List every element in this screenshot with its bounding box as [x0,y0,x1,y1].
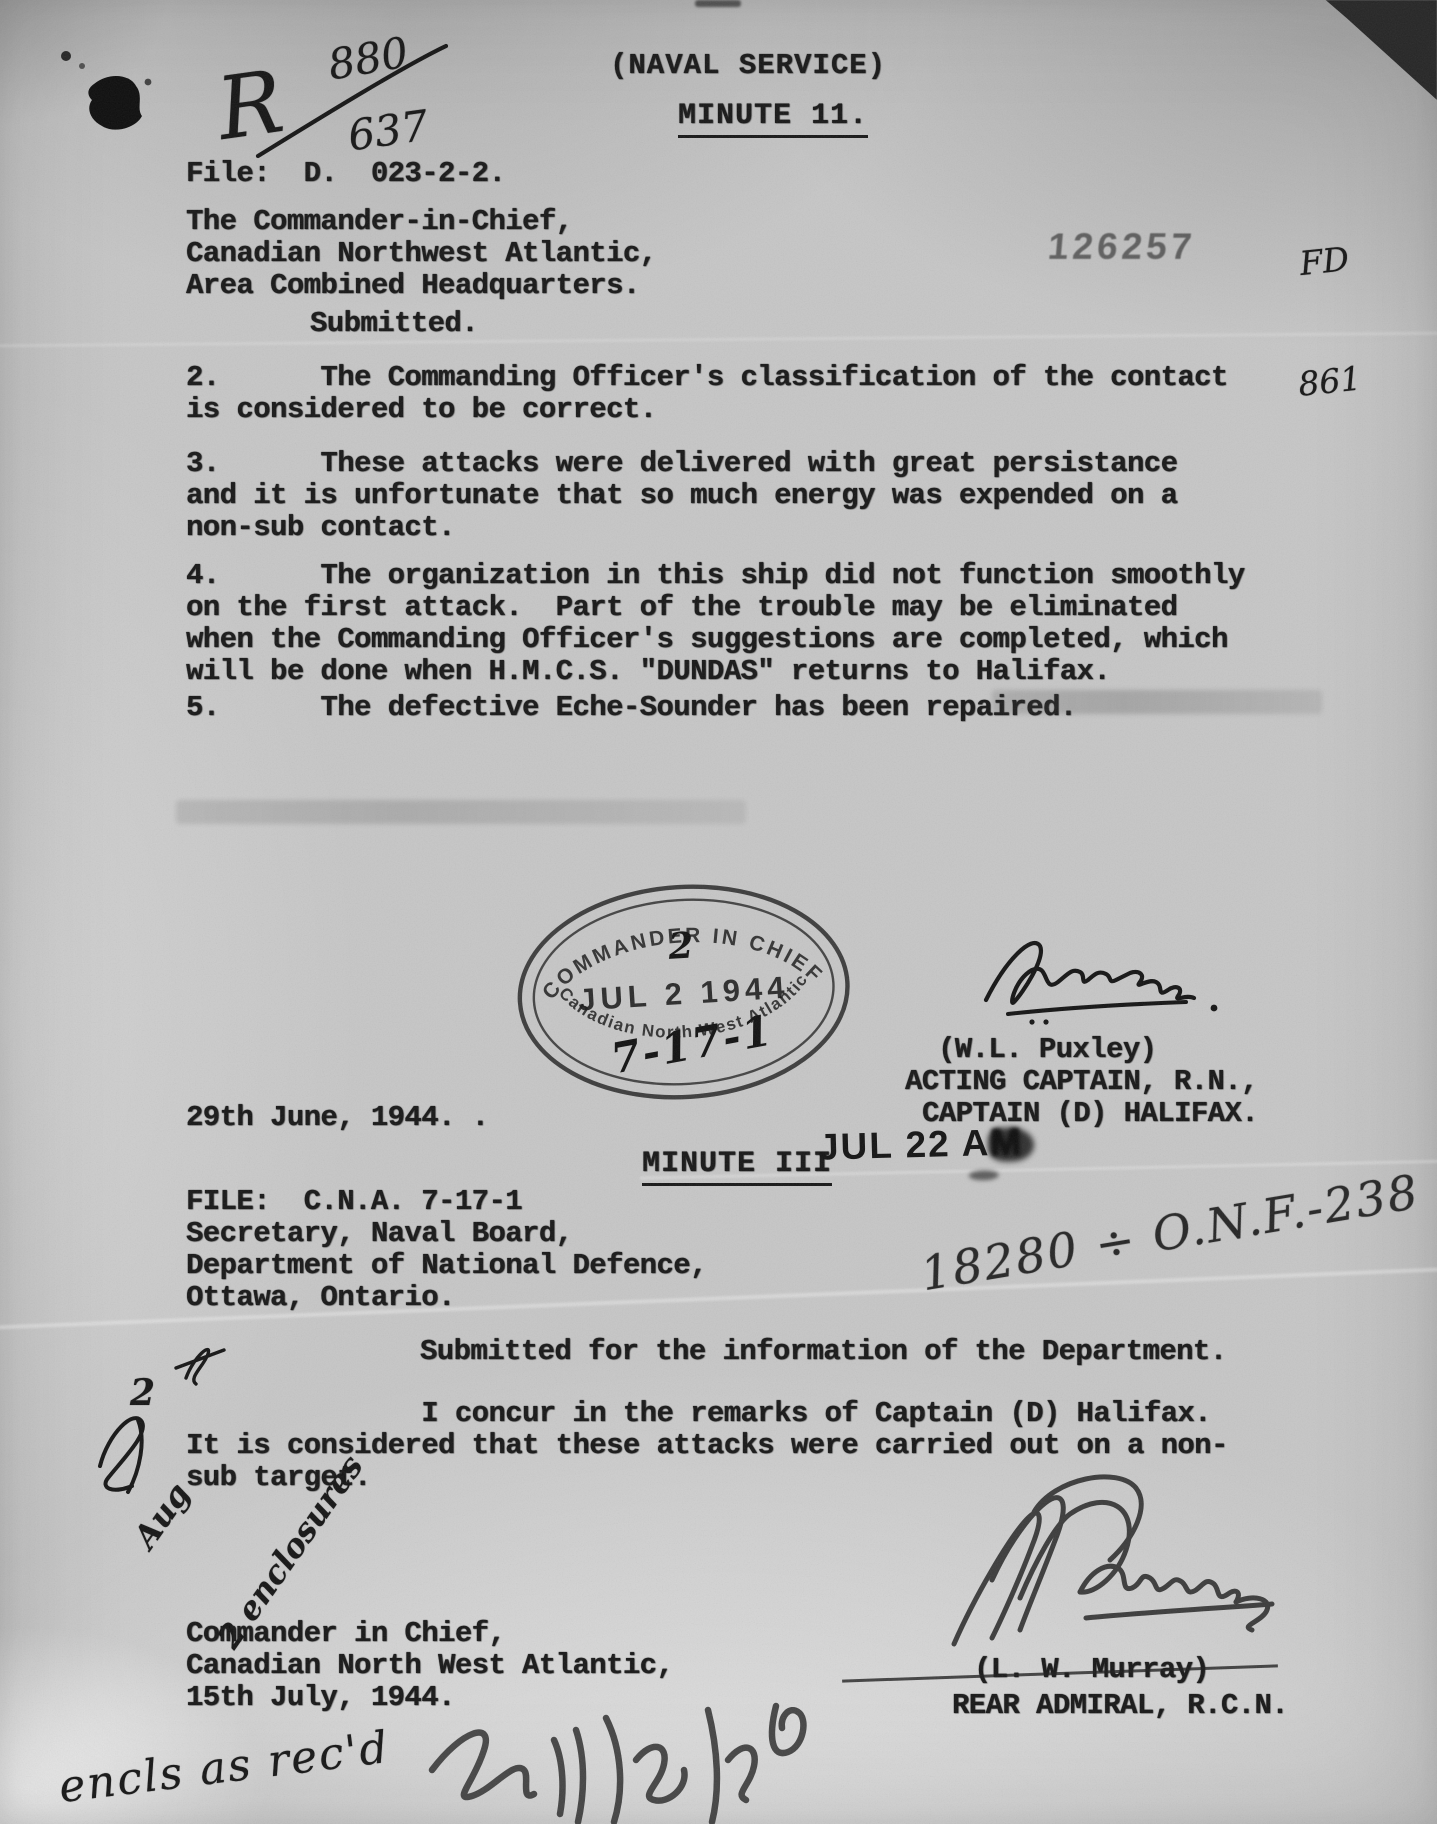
top-edge-mark [695,0,741,7]
minute-11-title: MINUTE 11. [678,100,868,138]
stamp-hand-number: 2 [666,924,695,968]
murray-rank: REAR ADMIRAL, R.C.N. [952,1690,1288,1722]
paragraph-5: 5. The defective Eche-Sounder has been r… [186,692,1077,724]
submitted-info-line: Submitted for the information of the Dep… [420,1336,1227,1368]
paragraph-4: 4. The organization in this ship did not… [186,560,1245,688]
cinc-oval-date-stamp: COMMANDER IN CHIEF Canadian North West A… [499,861,870,1133]
puxley-signature [978,918,1228,1043]
margin-note-line1: Aug [105,1375,269,1585]
stamp-ink-smudge [988,1127,1035,1162]
date-line-june: 29th June, 1944. . [186,1102,488,1134]
ghost-print-smudge-1 [992,690,1322,714]
paragraph-3: 3. These attacks were delivered with gre… [186,448,1177,544]
file-reference-line: File: D. 023-2-2. [186,158,505,190]
naval-service-line: (NAVAL SERVICE) [610,50,886,82]
bottom-initials-scribble [420,1698,850,1824]
paragraph-2: 2. The Commanding Officer's classificati… [186,362,1228,426]
file-line-minute3: FILE: C.N.A. 7-17-1 [186,1186,522,1218]
stamp-ink-drips [969,1170,999,1181]
puxley-name: (W.L. Puxley) [938,1034,1156,1066]
registry-number-note: R 880 637 [200,28,480,178]
registry-slash-stroke [200,28,480,178]
torn-corner-shadow [1321,0,1437,100]
ink-blot-mark [52,42,172,152]
ghost-print-smudge-2 [176,800,746,824]
crease-line-upper [0,331,1437,347]
received-date-stamp: JUL 22 AM [817,1121,1021,1168]
fd-file-note: FD 861 [1275,160,1371,485]
minute-3-title: MINUTE III [642,1148,832,1186]
encls-received-note: encls as rec'd [56,1722,392,1813]
docket-stamp-number: 126257 [1046,226,1197,268]
scanned-document-page: R 880 637 FD 861 (NAVAL SERVICE) MINUTE … [0,0,1437,1824]
received-stamp-text: JUL 22 A [817,1122,990,1167]
naval-board-address: Secretary, Naval Board, Department of Na… [186,1218,707,1314]
fd-note-line1: FD [1284,239,1351,285]
murray-signature [930,1472,1320,1682]
addressee-block: The Commander-in-Chief, Canadian Northwe… [186,206,656,302]
puxley-rank-1: ACTING CAPTAIN, R.N., [905,1066,1258,1098]
submitted-line: Submitted. [310,308,478,340]
fd-note-line2: 861 [1296,358,1363,404]
